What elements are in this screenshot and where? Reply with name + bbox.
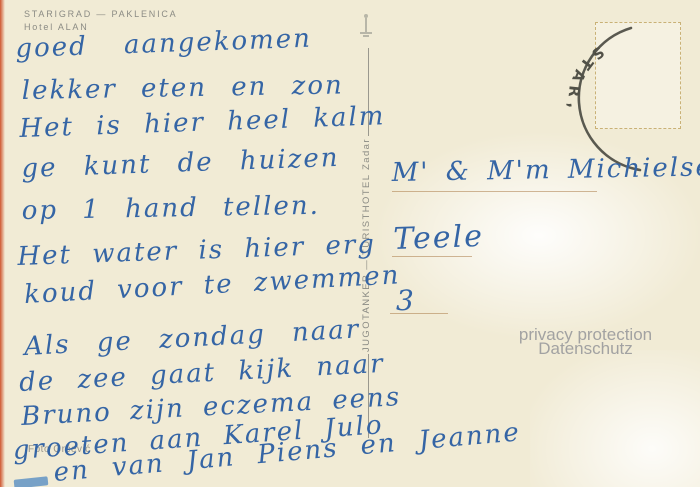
- address-number: 3: [396, 284, 416, 317]
- message-line: Het is hier heel kalm: [19, 101, 386, 144]
- address-street: Teele: [393, 219, 485, 257]
- scan-corner-artifact: [14, 476, 49, 487]
- caption-title: STARIGRAD — PAKLENICA: [24, 9, 178, 19]
- privacy-watermark: privacy protection Datenschutz: [468, 328, 700, 356]
- address-name: M' & M'm Michielsen: [391, 152, 700, 188]
- publisher-emblem-icon: [357, 12, 375, 42]
- paper-light-patch-bottom-right: [530, 350, 700, 487]
- message-line: op 1 hand tellen.: [21, 191, 320, 226]
- scan-edge-artifact: [0, 0, 5, 487]
- message-line: lekker eten en zon: [21, 70, 344, 106]
- postcard-back-scan: STARIGRAD — PAKLENICA Hotel ALAN goed aa…: [0, 0, 700, 487]
- message-line: ge kunt de huizen: [21, 143, 340, 184]
- privacy-watermark-line2: Datenschutz: [468, 342, 700, 356]
- postmark-text: STAR,: [564, 43, 608, 115]
- svg-text:STAR,: STAR,: [564, 43, 608, 115]
- address-underline: [392, 191, 597, 192]
